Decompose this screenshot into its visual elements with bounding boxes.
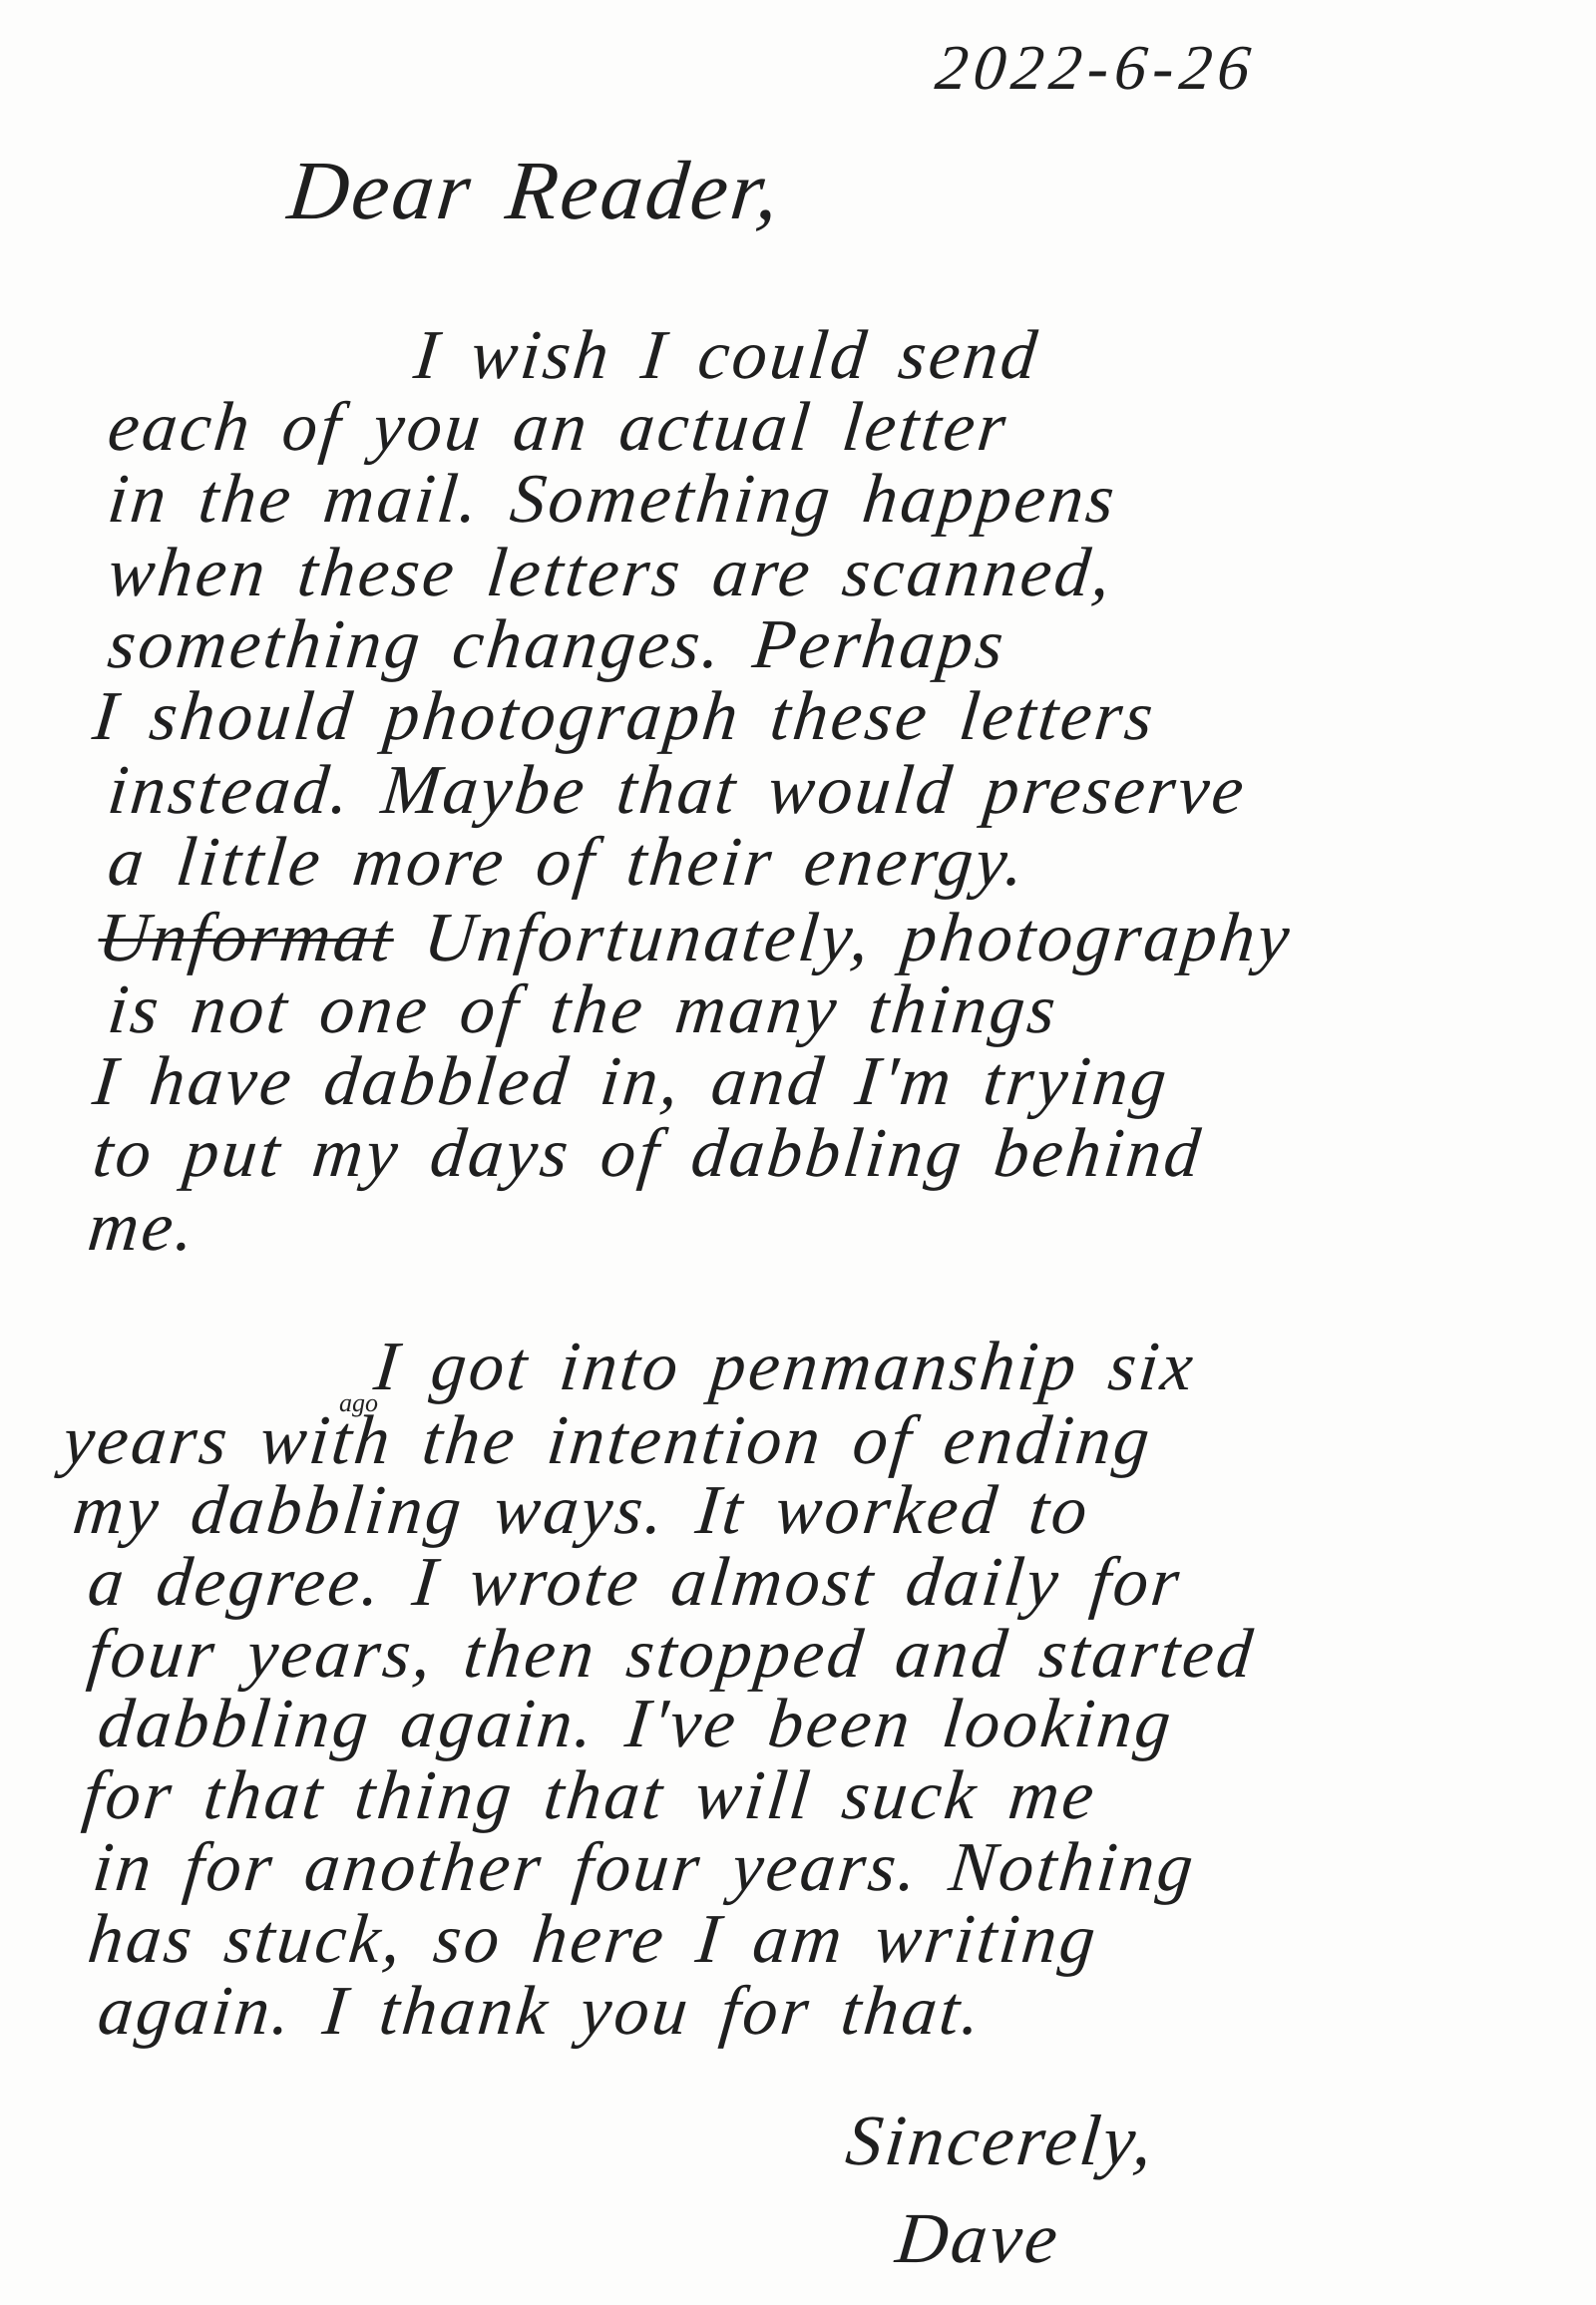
paragraph-line: in for another four years. Nothing: [90, 1833, 1199, 1903]
paragraph-line-with-correction: Unformat Unfortunately, photography: [95, 904, 1296, 973]
paragraph-line: me.: [85, 1193, 199, 1263]
letter-greeting: Dear Reader,: [284, 150, 786, 233]
letter-closing: Sincerely,: [843, 2105, 1159, 2176]
letter-page: 2022-6-26 Dear Reader, I wish I could se…: [0, 0, 1596, 2305]
paragraph-line: when these letters are scanned,: [105, 539, 1117, 608]
paragraph-line: again. I thank you for that.: [95, 1977, 987, 2047]
paragraph-line: is not one of the many things: [105, 975, 1061, 1045]
paragraph-line: for that thing that will suck me: [80, 1761, 1100, 1831]
paragraph-line: dabbling again. I've been looking: [95, 1690, 1177, 1759]
paragraph-line: four years, then stopped and started: [85, 1620, 1258, 1690]
paragraph-line: a degree. I wrote almost daily for: [85, 1548, 1185, 1618]
paragraph-line: each of you an actual letter: [105, 393, 1011, 463]
paragraph-line: instead. Maybe that would preserve: [105, 756, 1250, 826]
paragraph-line: in the mail. Something happens: [105, 465, 1120, 535]
struck-out-word: Unformat: [95, 900, 398, 976]
paragraph-line: something changes. Perhaps: [105, 610, 1009, 680]
paragraph-line: I should photograph these letters: [90, 682, 1159, 752]
letter-date: 2022-6-26: [933, 36, 1259, 100]
paragraph-line: years with the intention of ending: [60, 1406, 1155, 1476]
paragraph-line: has stuck, so here I am writing: [85, 1905, 1101, 1975]
paragraph-line: I got into penmanship six: [371, 1333, 1199, 1402]
paragraph-line: I have dabbled in, and I'm trying: [90, 1047, 1172, 1117]
corrected-text: Unfortunately, photography: [420, 900, 1296, 976]
letter-signature: Dave: [893, 2202, 1063, 2274]
paragraph-line: a little more of their energy.: [105, 828, 1030, 898]
paragraph-line: I wish I could send: [411, 321, 1042, 391]
paragraph-line: to put my days of dabbling behind: [90, 1119, 1206, 1189]
paragraph-line: my dabbling ways. It worked to: [70, 1476, 1093, 1546]
